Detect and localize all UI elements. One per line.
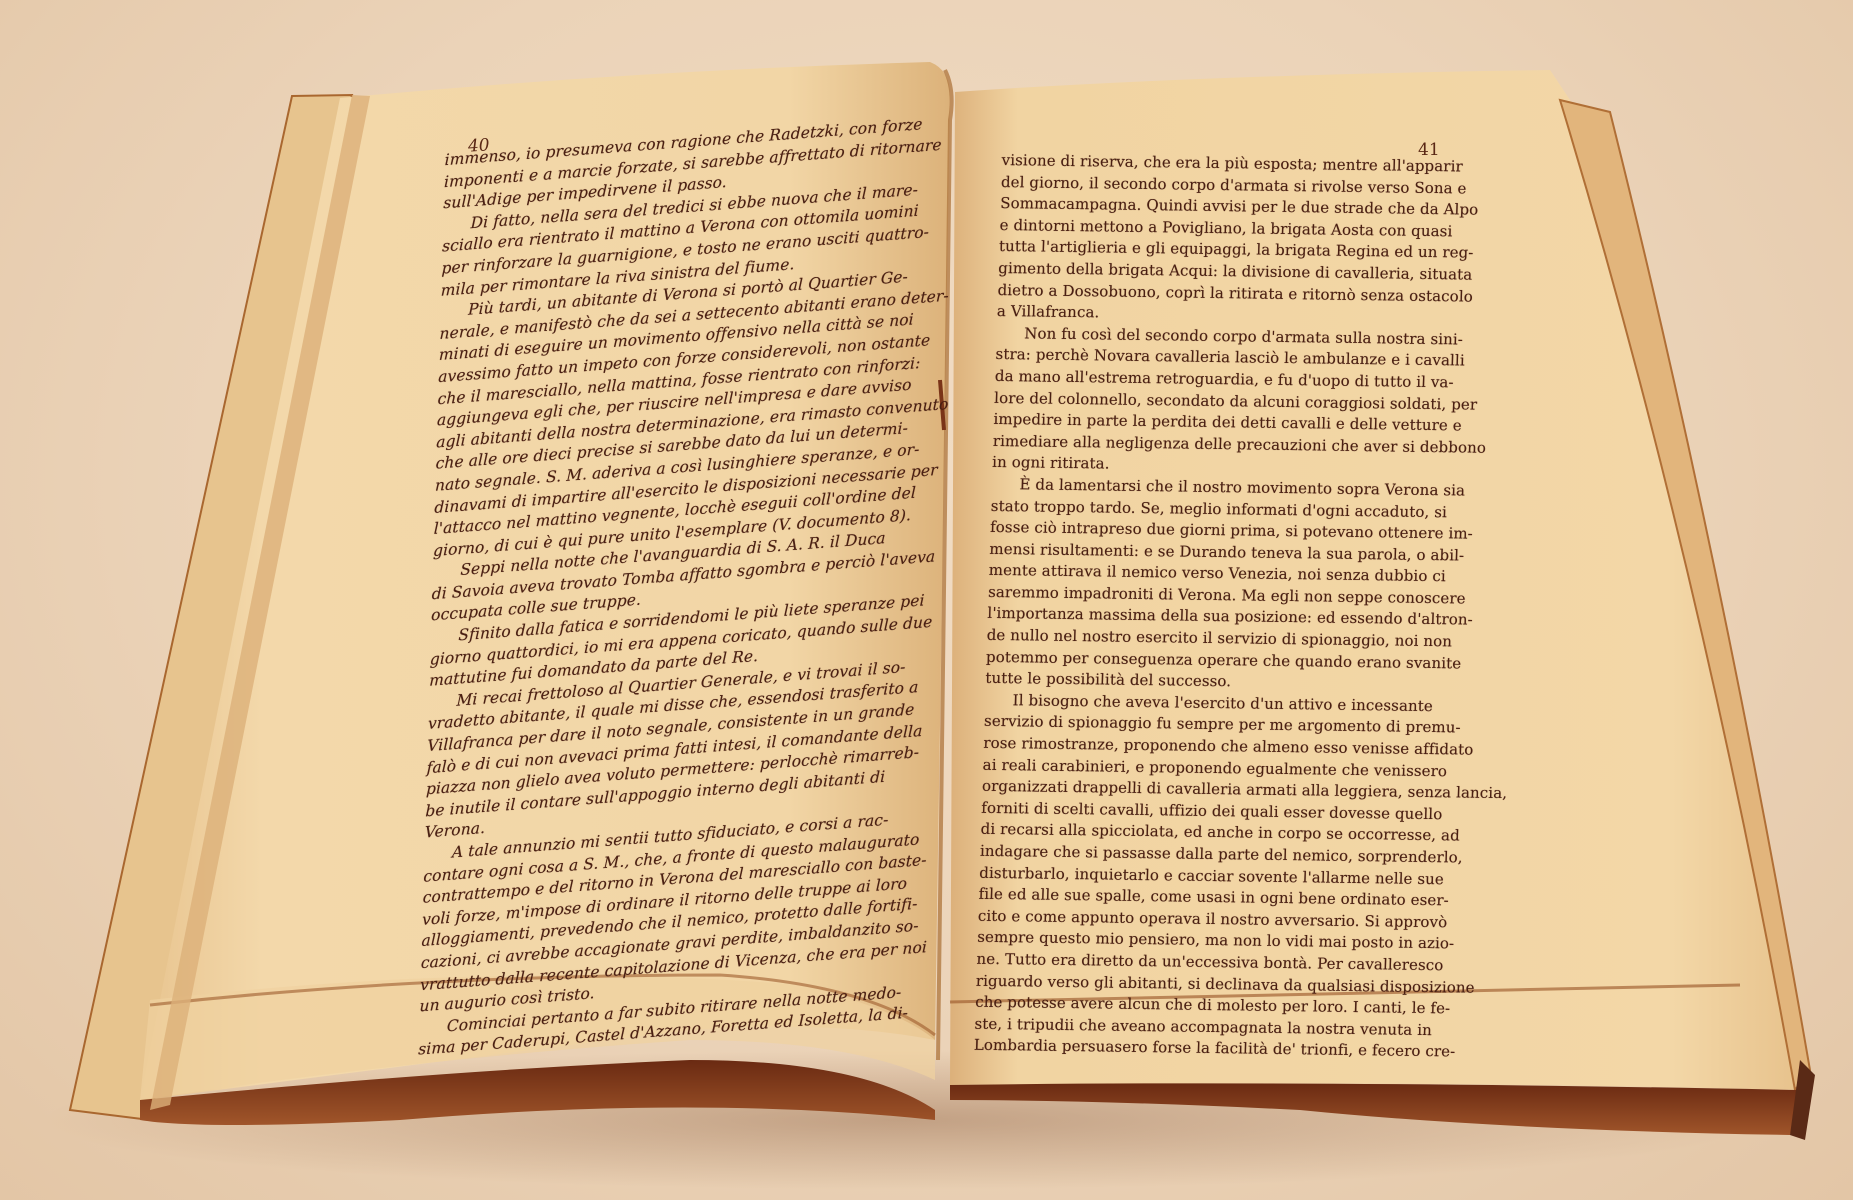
left-page-text: immenso, io presumeva con ragione che Ra…	[418, 111, 957, 1061]
right-page-text: visione di riserva, che era la più espos…	[974, 150, 1528, 1064]
photo-scene: 40 41 immenso, io presumeva con ragione …	[0, 0, 1853, 1200]
